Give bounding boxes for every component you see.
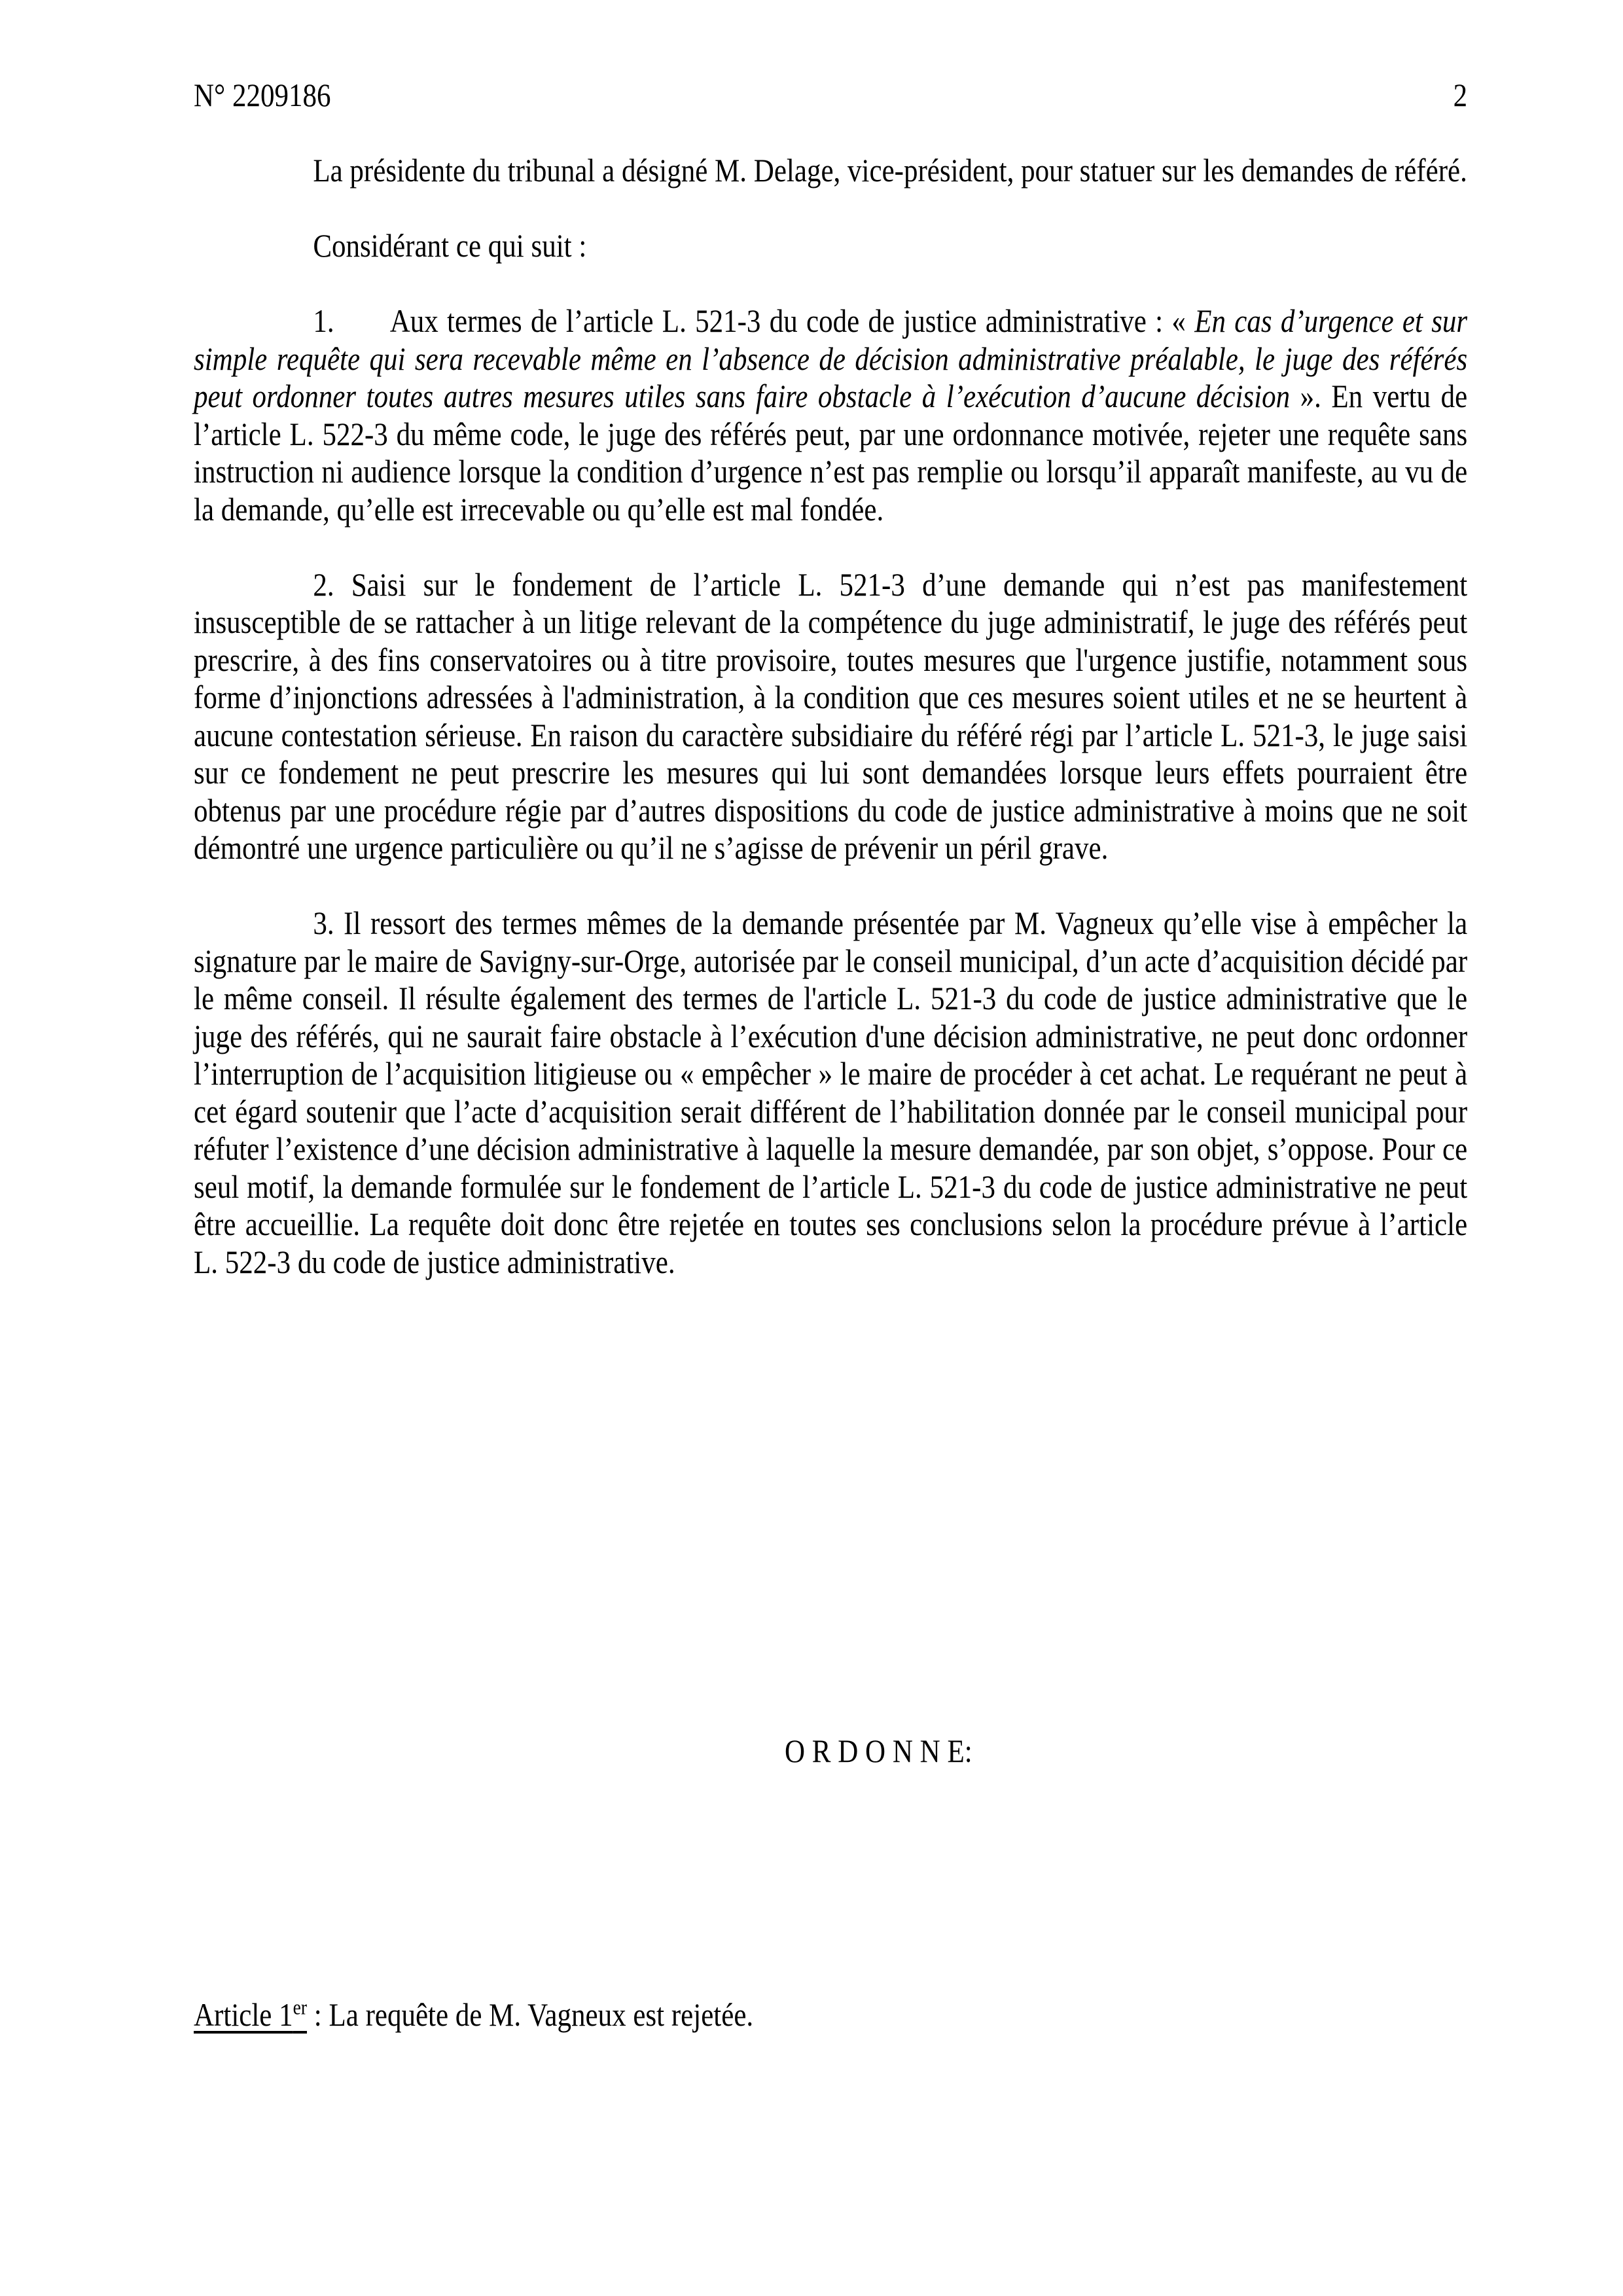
document-page: N° 2209186 2 La présidente du tribunal a… [0,0,1623,2296]
paragraph-intro: La présidente du tribunal a désigné M. D… [194,152,1467,190]
page-header: N° 2209186 2 [194,77,1467,115]
ordonne-heading: O R D O N N E: [785,1732,972,1770]
article-1-label-text: Article 1 [194,1996,293,2033]
paragraph-1-number: 1. [313,302,334,339]
case-number: N° 2209186 [194,77,331,115]
paragraph-1-lead: Aux termes de l’article L. 521-3 du code… [390,302,1194,339]
considering-line: Considérant ce qui suit : [194,227,1467,265]
paragraph-1: 1.Aux termes de l’article L. 521-3 du co… [194,302,1467,528]
article-1-text: : La requête de M. Vagneux est rejetée. [307,1996,753,2033]
paragraph-3: 3. Il ressort des termes mêmes de la dem… [194,905,1467,1281]
article-1-label: Article 1er [194,1996,307,2033]
article-1-line: Article 1er : La requête de M. Vagneux e… [194,1996,753,2034]
paragraph-2: 2. Saisi sur le fondement de l’article L… [194,566,1467,867]
page-number: 2 [1454,77,1468,115]
document-content: N° 2209186 2 La présidente du tribunal a… [194,77,1467,1281]
article-1-superscript: er [293,1995,307,2018]
